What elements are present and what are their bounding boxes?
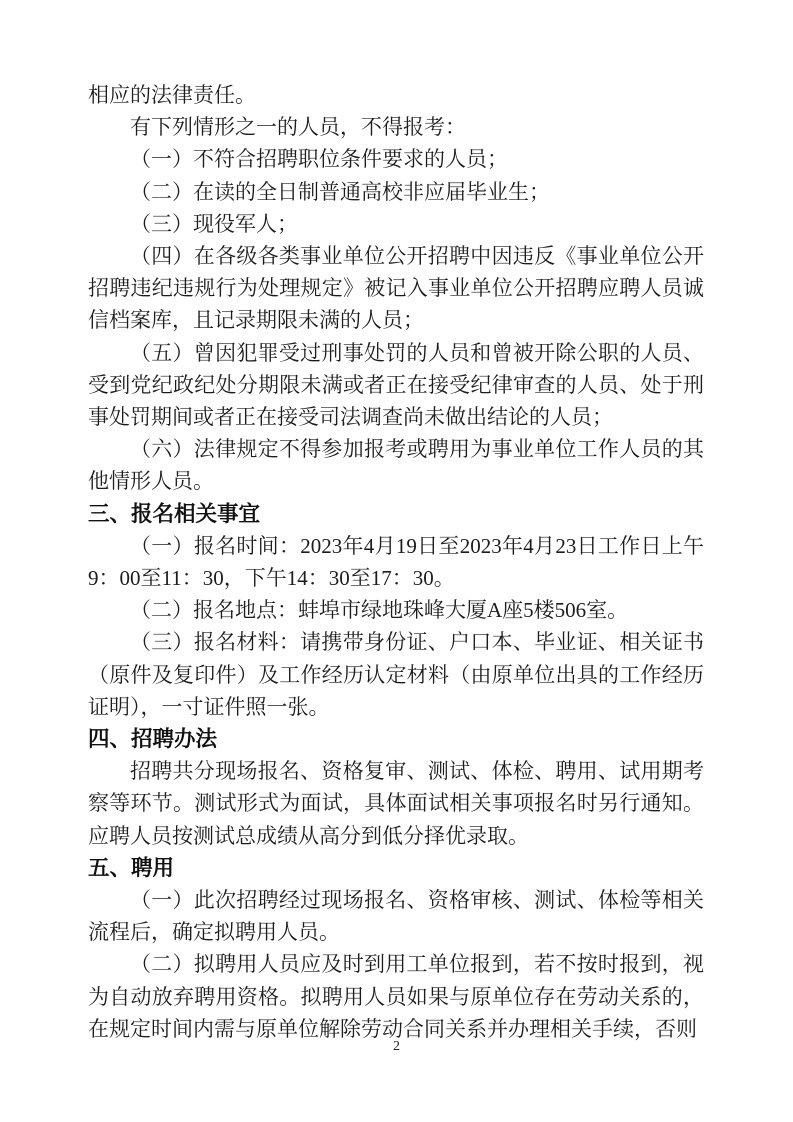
document-page: 相应的法律责任。 有下列情形之一的人员，不得报考： （一）不符合招聘职位条件要求… bbox=[0, 0, 793, 1122]
item-registration-time: （一）报名时间：2023年4月19日至2023年4月23日工作日上午9：00至1… bbox=[88, 530, 704, 594]
item-registration-location: （二）报名地点：蚌埠市绿地珠峰大厦A座5楼506室。 bbox=[88, 594, 704, 626]
heading-section-4-recruitment-method: 四、招聘办法 bbox=[88, 723, 704, 755]
item-ineligible-5: （五）曾因犯罪受过刑事处罚的人员和曾被开除公职的人员、受到党纪政纪处分期限未满或… bbox=[88, 337, 704, 434]
para-recruitment-process: 招聘共分现场报名、资格复审、测试、体检、聘用、试用期考察等环节。测试形式为面试，… bbox=[88, 755, 704, 852]
item-employment-1: （一）此次招聘经过现场报名、资格审核、测试、体检等相关流程后，确定拟聘用人员。 bbox=[88, 884, 704, 948]
item-ineligible-4: （四）在各级各类事业单位公开招聘中因违反《事业单位公开招聘违纪违规行为处理规定》… bbox=[88, 240, 704, 337]
document-body: 相应的法律责任。 有下列情形之一的人员，不得报考： （一）不符合招聘职位条件要求… bbox=[88, 79, 704, 1045]
page-number: 2 bbox=[0, 1039, 793, 1055]
item-ineligible-6: （六）法律规定不得参加报考或聘用为事业单位工作人员的其他情形人员。 bbox=[88, 433, 704, 497]
para-ineligible-intro: 有下列情形之一的人员，不得报考： bbox=[88, 111, 704, 143]
para-legal-liability-continuation: 相应的法律责任。 bbox=[88, 79, 704, 111]
item-ineligible-1: （一）不符合招聘职位条件要求的人员； bbox=[88, 143, 704, 175]
item-ineligible-2: （二）在读的全日制普通高校非应届毕业生； bbox=[88, 176, 704, 208]
item-ineligible-3: （三）现役军人； bbox=[88, 208, 704, 240]
item-registration-materials: （三）报名材料：请携带身份证、户口本、毕业证、相关证书（原件及复印件）及工作经历… bbox=[88, 626, 704, 723]
item-employment-2: （二）拟聘用人员应及时到用工单位报到，若不按时报到，视为自动放弃聘用资格。拟聘用… bbox=[88, 948, 704, 1045]
heading-section-5-employment: 五、聘用 bbox=[88, 852, 704, 884]
heading-section-3-registration: 三、报名相关事宜 bbox=[88, 498, 704, 530]
